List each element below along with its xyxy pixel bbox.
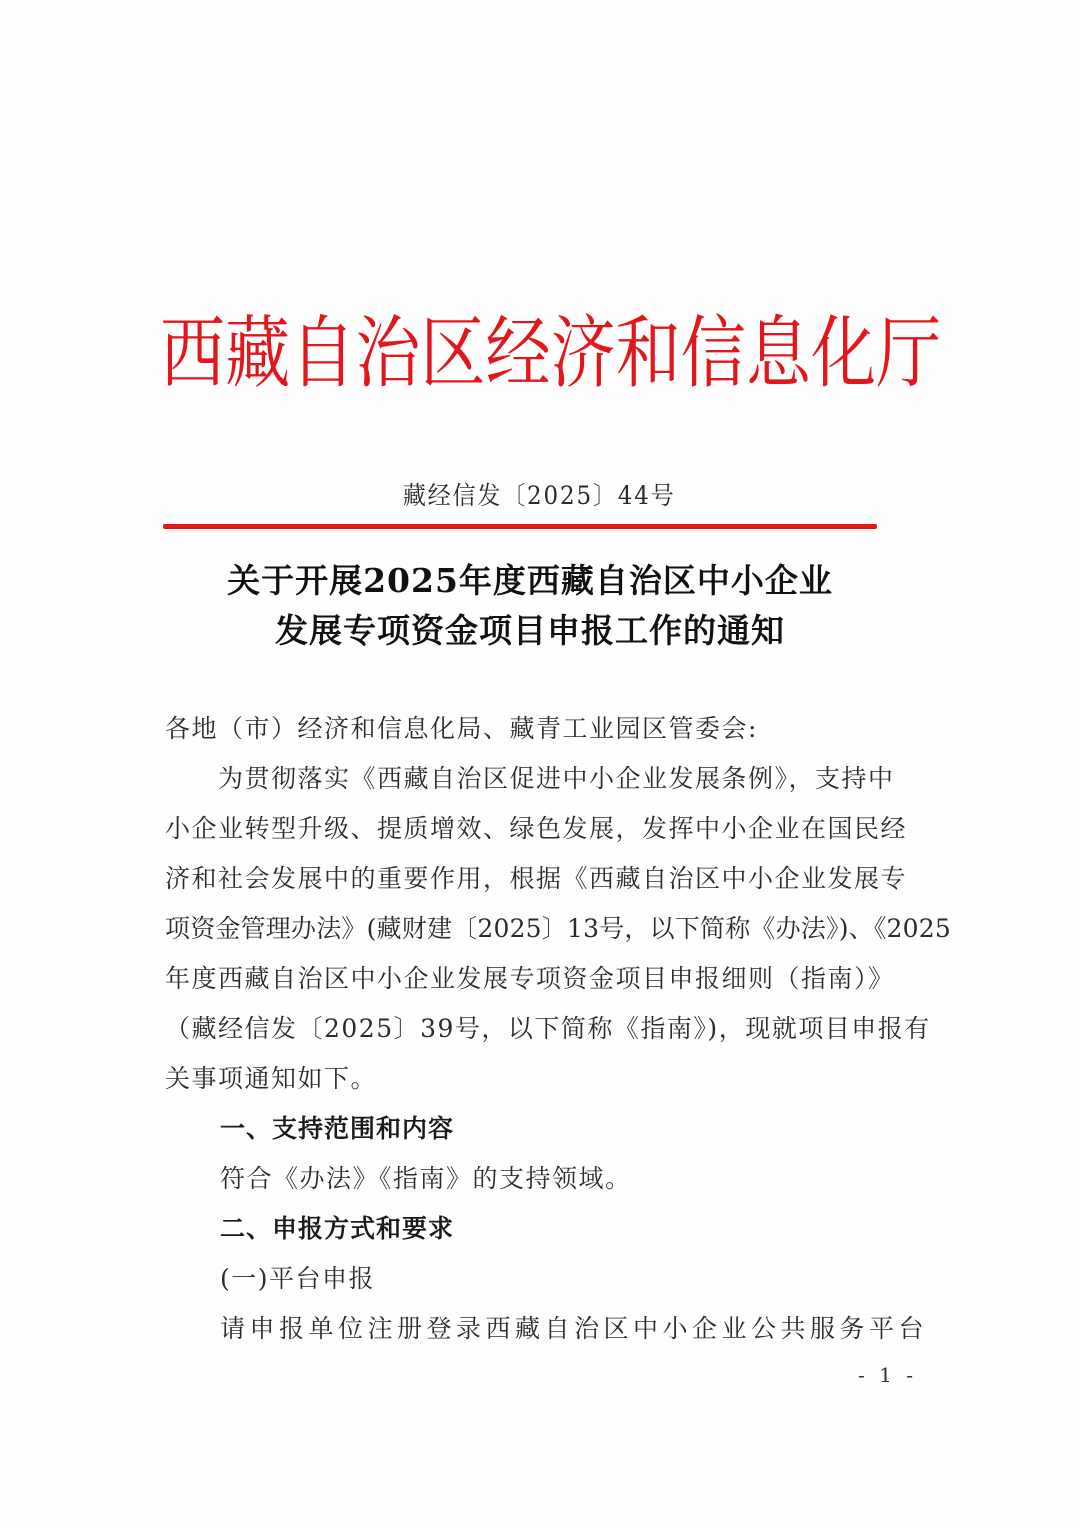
body-line-4: 项资金管理办法》(藏财建〔2025〕13号，以下简称《办法》)、《2025 (165, 904, 900, 954)
red-divider-line (163, 524, 877, 529)
document-page: 西藏自治区经济和信息化厅 藏经信发〔2025〕44号 关于开展2025年度西藏自… (0, 0, 1080, 1528)
salutation: 各地（市）经济和信息化局、藏青工业园区管委会: (165, 704, 900, 754)
page-number: - 1 - (858, 1360, 917, 1390)
document-number: 藏经信发〔2025〕44号 (42, 476, 1036, 516)
section-2-heading: 二、申报方式和要求 (220, 1204, 454, 1254)
section-2-subheading: (一)平台申报 (220, 1254, 955, 1304)
section-2-text: 请申报单位注册登录西藏自治区中小企业公共服务平台 (220, 1304, 955, 1354)
body-line-7: 关事项通知如下。 (165, 1054, 900, 1104)
body-line-2: 小企业转型升级、提质增效、绿色发展，发挥中小企业在国民经 (165, 804, 900, 854)
document-title-line-1: 关于开展2025年度西藏自治区中小企业 (0, 556, 1060, 606)
document-title-line-2: 发展专项资金项目申报工作的通知 (0, 606, 1060, 656)
body-line-1: 为贯彻落实《西藏自治区促进中小企业发展条例》，支持中 (165, 754, 900, 804)
issuing-organization-header: 西藏自治区经济和信息化厅 (160, 291, 848, 414)
body-line-3: 济和社会发展中的重要作用，根据《西藏自治区中小企业发展专 (165, 854, 900, 904)
body-line-6: （藏经信发〔2025〕39号，以下简称《指南》)，现就项目申报有 (165, 1004, 900, 1054)
body-line-5: 年度西藏自治区中小企业发展专项资金项目申报细则（指南）》 (165, 954, 900, 1004)
section-1-text: 符合《办法》《指南》的支持领域。 (220, 1154, 955, 1204)
section-1-heading: 一、支持范围和内容 (220, 1104, 454, 1154)
